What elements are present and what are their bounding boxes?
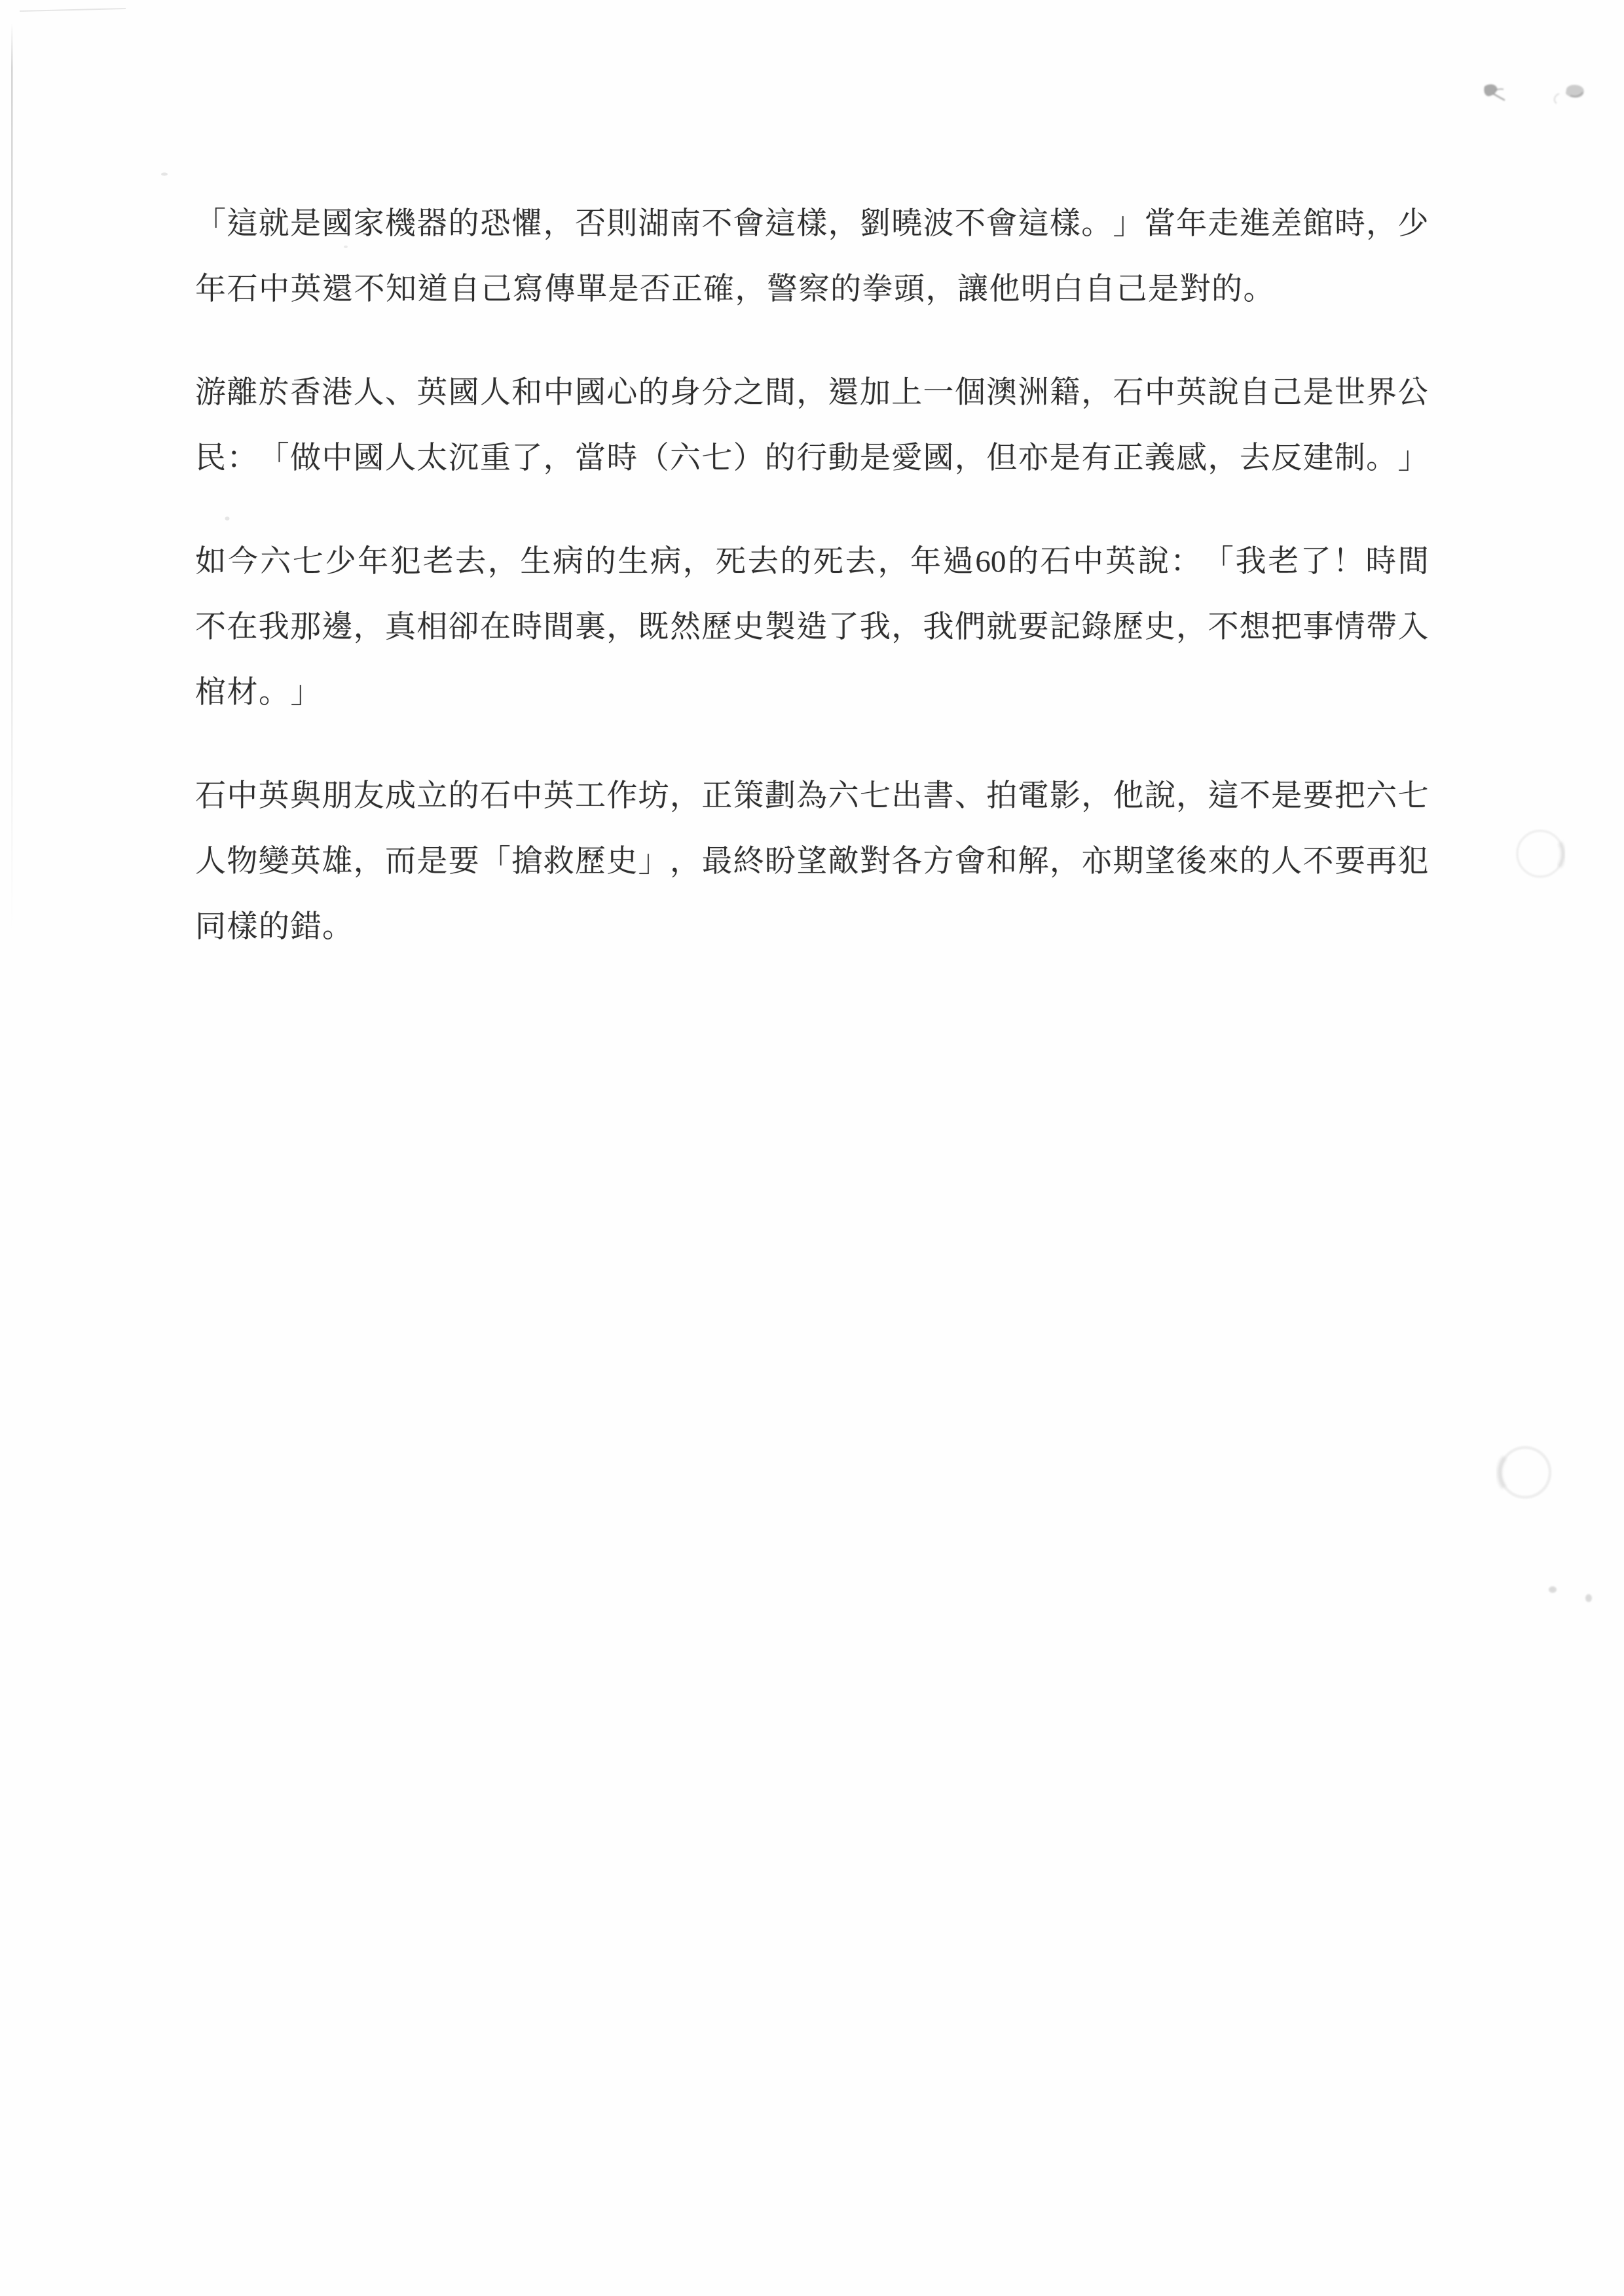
glyph: 我: [860, 612, 891, 643]
glyph: 既: [638, 612, 669, 643]
glyph: 不: [354, 274, 385, 305]
glyph: 物: [227, 847, 257, 877]
text-line: 同樣的錯。: [195, 894, 1429, 960]
glyph: 於: [259, 378, 289, 409]
glyph: ，: [796, 378, 827, 409]
glyph: 」: [291, 678, 322, 708]
text-line: 年石中英還不知道自己寫傳單是否正確，警察的拳頭，讓他明白自己是對的。: [195, 257, 1429, 322]
glyph: 是: [1271, 781, 1302, 812]
glyph: 記: [1050, 612, 1080, 643]
text-line: 不在我那邊，真相卻在時間裏，既然歷史製造了我，我們就要記錄歷史，不想把事情帶入: [195, 594, 1429, 660]
glyph: 的: [830, 274, 861, 305]
glyph: 老: [1268, 547, 1299, 577]
glyph: 了: [828, 612, 859, 643]
glyph: 還: [322, 274, 353, 305]
glyph: 亦: [1081, 847, 1112, 877]
glyph: 還: [828, 378, 859, 409]
glyph: 我: [1236, 547, 1266, 577]
glyph: 年: [1176, 209, 1207, 240]
glyph: 他: [1113, 781, 1144, 812]
glyph: 七: [293, 547, 323, 577]
glyph: 搶: [511, 847, 542, 877]
glyph: 波: [923, 209, 954, 240]
glyph: 少: [325, 547, 356, 577]
glyph: 中: [511, 781, 542, 812]
glyph: 把: [1335, 781, 1365, 812]
glyph: 澳: [986, 378, 1017, 409]
glyph: 和: [511, 378, 542, 409]
text-line: 民：「做中國人太沉重了，當時（六七）的行動是愛國，但亦是有正義感，去反建制。」: [195, 426, 1429, 491]
glyph: ，: [544, 209, 574, 240]
glyph: 方: [923, 847, 954, 877]
glyph: 同: [195, 912, 226, 943]
glyph: ，: [683, 547, 714, 577]
glyph: 六: [828, 781, 859, 812]
glyph: 」: [1397, 443, 1428, 474]
glyph: 出: [891, 781, 922, 812]
glyph: 制: [1335, 443, 1365, 474]
glyph: 自: [449, 274, 480, 305]
glyph: 正: [672, 274, 703, 305]
glyph: 這: [227, 209, 257, 240]
glyph: 的: [449, 209, 479, 240]
glyph: 那: [290, 612, 321, 643]
glyph: 石: [195, 781, 226, 812]
glyph: 七: [701, 443, 732, 474]
glyph: 而: [385, 847, 416, 877]
glyph: 單: [576, 274, 607, 305]
glyph: 世: [1335, 378, 1365, 409]
glyph: 身: [670, 378, 701, 409]
glyph: 死: [813, 547, 843, 577]
glyph: 中: [322, 443, 352, 474]
glyph: ，: [1176, 781, 1207, 812]
glyph: 不: [1302, 847, 1333, 877]
glyph: 」: [1113, 209, 1144, 240]
glyph: 英: [290, 847, 321, 877]
glyph: 死: [715, 547, 746, 577]
glyph: 間: [765, 378, 796, 409]
glyph: 國: [923, 443, 954, 474]
glyph: 友: [354, 781, 384, 812]
glyph: 否: [575, 209, 606, 240]
glyph: 自: [1084, 274, 1115, 305]
glyph: 立: [416, 781, 447, 812]
glyph: 的: [781, 547, 811, 577]
text-line: 「這就是國家機器的恐懼，否則湖南不會這樣，劉曉波不會這樣。」當年走進差館時，少: [195, 191, 1429, 257]
glyph: 差: [1271, 209, 1302, 240]
glyph: 傳: [545, 274, 576, 305]
glyph: 人: [480, 378, 511, 409]
glyph: 他: [989, 274, 1020, 305]
glyph: 當: [575, 443, 606, 474]
glyph: 。: [259, 678, 289, 708]
glyph: 走: [1208, 209, 1239, 240]
glyph: 察: [799, 274, 830, 305]
glyph: 史: [733, 612, 764, 643]
glyph: 卻: [449, 612, 479, 643]
glyph: ，: [1050, 847, 1080, 877]
glyph: 己: [481, 274, 512, 305]
glyph: 我: [259, 612, 289, 643]
glyph: 英: [291, 274, 322, 305]
glyph: 英: [1105, 547, 1136, 577]
glyph: 今: [228, 547, 259, 577]
glyph: 會: [733, 209, 764, 240]
glyph: 動: [828, 443, 859, 474]
glyph: 警: [767, 274, 798, 305]
glyph: 時: [606, 443, 637, 474]
glyph: 石: [1113, 378, 1144, 409]
glyph: 錯: [291, 912, 322, 943]
glyph: 六: [1366, 781, 1397, 812]
glyph: 的: [638, 378, 669, 409]
glyph: 但: [986, 443, 1017, 474]
glyph: 朋: [322, 781, 352, 812]
glyph: 英: [1176, 378, 1207, 409]
scan-speck: [1549, 1586, 1557, 1593]
glyph: 加: [860, 378, 891, 409]
glyph: 。: [1366, 443, 1397, 474]
glyph: 七: [1397, 781, 1428, 812]
glyph: 之: [733, 378, 764, 409]
glyph: ，: [955, 443, 986, 474]
glyph: 一: [923, 378, 954, 409]
glyph: 入: [1397, 612, 1428, 643]
glyph: 作: [606, 781, 637, 812]
glyph: 與: [290, 781, 321, 812]
glyph: 的: [449, 781, 479, 812]
glyph: 道: [418, 274, 449, 305]
punch-hole-shadow-2: [1500, 1448, 1550, 1497]
glyph: 否: [640, 274, 671, 305]
glyph: 分: [701, 378, 732, 409]
glyph: 樣: [1050, 209, 1080, 240]
glyph: 要: [1018, 612, 1049, 643]
glyph: 生: [618, 547, 648, 577]
glyph: 時: [1335, 209, 1365, 240]
text-line: 石中英與朋友成立的石中英工作坊，正策劃為六七出書、拍電影，他說，這不是要把六七: [195, 763, 1429, 829]
glyph: 反: [1271, 443, 1302, 474]
glyph: 策: [733, 781, 764, 812]
glyph: 救: [544, 847, 574, 877]
glyph: 心: [606, 378, 637, 409]
glyph: 間: [544, 612, 574, 643]
glyph: 樣: [227, 912, 258, 943]
glyph: 。: [1244, 274, 1274, 305]
glyph: 和: [986, 847, 1017, 877]
glyph: 望: [796, 847, 827, 877]
glyph: 石: [480, 781, 511, 812]
glyph: 棺: [195, 678, 226, 708]
glyph: 游: [195, 378, 226, 409]
glyph: 石: [1041, 547, 1071, 577]
glyph: 了: [1301, 547, 1331, 577]
glyph: 書: [923, 781, 954, 812]
glyph: ！: [1333, 547, 1363, 577]
glyph: 「: [1203, 547, 1234, 577]
glyph: 機: [385, 209, 416, 240]
article-text: 「這就是國家機器的恐懼，否則湖南不會這樣，劉曉波不會這樣。」當年走進差館時，少年…: [195, 191, 1429, 960]
glyph: 這: [1018, 209, 1049, 240]
glyph: 就: [986, 612, 1017, 643]
glyph: 界: [1366, 378, 1397, 409]
glyph: 要: [449, 847, 479, 877]
glyph: ，: [828, 209, 859, 240]
glyph: 正: [1113, 443, 1144, 474]
glyph: 重: [480, 443, 511, 474]
glyph: 間: [1398, 547, 1429, 577]
glyph: 錄: [1081, 612, 1112, 643]
glyph: ，: [1081, 378, 1112, 409]
glyph: 是: [608, 274, 639, 305]
glyph: 變: [259, 847, 289, 877]
glyph: 寫: [513, 274, 544, 305]
glyph: 期: [1113, 847, 1144, 877]
glyph: 「: [195, 209, 226, 240]
glyph: 這: [765, 209, 796, 240]
glyph: 解: [1018, 847, 1049, 877]
glyph: ，: [354, 612, 384, 643]
glyph: 中: [1073, 547, 1103, 577]
glyph: 不: [1208, 612, 1239, 643]
glyph: 會: [955, 847, 986, 877]
glyph: 的: [585, 547, 616, 577]
glyph: 為: [796, 781, 827, 812]
glyph: 拍: [986, 781, 1017, 812]
glyph: 說: [1145, 781, 1175, 812]
glyph: ，: [1081, 781, 1112, 812]
glyph: 工: [575, 781, 606, 812]
glyph: 去: [748, 547, 779, 577]
glyph: 石: [227, 274, 258, 305]
glyph: 過: [943, 547, 974, 577]
glyph: 七: [860, 781, 891, 812]
glyph: 恐: [480, 209, 511, 240]
glyph: 拳: [862, 274, 893, 305]
glyph: 說: [1208, 378, 1239, 409]
glyph: 年: [358, 547, 388, 577]
glyph: （: [638, 443, 669, 474]
glyph: 離: [227, 378, 257, 409]
glyph: 不: [195, 612, 226, 643]
glyph: 老: [422, 547, 453, 577]
glyph: 病: [553, 547, 583, 577]
glyph: ，: [670, 847, 701, 877]
glyph: 個: [955, 378, 986, 409]
glyph: 正: [701, 781, 732, 812]
glyph: 不: [955, 209, 986, 240]
glyph: 相: [416, 612, 447, 643]
glyph: 然: [670, 612, 701, 643]
glyph: ，: [606, 612, 637, 643]
glyph: 電: [1018, 781, 1049, 812]
glyph: 明: [1021, 274, 1052, 305]
glyph: ）: [733, 443, 764, 474]
glyph: 自: [1240, 378, 1270, 409]
glyph: 成: [385, 781, 416, 812]
glyph: 樣: [796, 209, 827, 240]
glyph: 六: [260, 547, 291, 577]
scanned-page: 「這就是國家機器的恐懼，否則湖南不會這樣，劉曉波不會這樣。」當年走進差館時，少年…: [0, 0, 1624, 2296]
glyph: 生: [520, 547, 551, 577]
glyph: 感: [1176, 443, 1207, 474]
glyph: 們: [955, 612, 986, 643]
punch-hole-shadow-1: [1517, 831, 1563, 877]
glyph: 歷: [1113, 612, 1144, 643]
glyph: 不: [1240, 781, 1270, 812]
scan-top-edge-shadow: [20, 9, 126, 11]
glyph: 就: [259, 209, 289, 240]
glyph: 人: [354, 378, 384, 409]
glyph: 年: [910, 547, 941, 577]
glyph: ：: [1170, 547, 1201, 577]
glyph: 民: [195, 443, 226, 474]
glyph: 雄: [322, 847, 352, 877]
scan-speck: [161, 173, 168, 176]
glyph: 進: [1240, 209, 1270, 240]
glyph: 中: [1145, 378, 1175, 409]
glyph: ，: [354, 847, 384, 877]
pencil-mark-smudge: [1566, 85, 1584, 98]
glyph: 建: [1302, 443, 1333, 474]
glyph: ，: [735, 274, 766, 305]
glyph: 後: [1176, 847, 1207, 877]
glyph: 把: [1271, 612, 1302, 643]
glyph: 的: [1240, 847, 1270, 877]
glyph: 去: [455, 547, 486, 577]
glyph: 則: [606, 209, 637, 240]
glyph: 館: [1302, 209, 1333, 240]
glyph: 真: [385, 612, 416, 643]
glyph: ，: [544, 443, 574, 474]
glyph: 。: [322, 912, 353, 943]
glyph: 國: [575, 378, 606, 409]
paragraph-1: 「這就是國家機器的恐懼，否則湖南不會這樣，劉曉波不會這樣。」當年走進差館時，少年…: [195, 191, 1429, 322]
glyph: 白: [1053, 274, 1084, 305]
glyph: 劃: [765, 781, 796, 812]
glyph: 帶: [1366, 612, 1397, 643]
glyph: 如: [195, 547, 226, 577]
glyph: 「: [480, 847, 511, 877]
glyph: 國: [449, 378, 479, 409]
glyph: 對: [1180, 274, 1211, 305]
glyph: 太: [416, 443, 447, 474]
glyph: 中: [259, 274, 289, 305]
glyph: 是: [290, 209, 321, 240]
glyph: 有: [1081, 443, 1112, 474]
glyph: 己: [1271, 378, 1302, 409]
glyph: 史: [606, 847, 637, 877]
glyph: ，: [1176, 612, 1207, 643]
glyph: 、: [955, 781, 986, 812]
glyph: 亦: [1018, 443, 1049, 474]
glyph: 六: [670, 443, 701, 474]
glyph: 人: [195, 847, 226, 877]
glyph: 歷: [575, 847, 606, 877]
glyph: 材: [227, 678, 258, 708]
glyph: 當: [1145, 209, 1175, 240]
glyph: 要: [1335, 847, 1365, 877]
glyph: 英: [416, 378, 447, 409]
glyph: 頭: [894, 274, 925, 305]
glyph: 不: [701, 209, 732, 240]
glyph: ，: [926, 274, 957, 305]
glyph: 裏: [575, 612, 606, 643]
glyph: 香: [290, 378, 321, 409]
glyph: 」: [638, 847, 669, 877]
glyph: 少: [1397, 209, 1428, 240]
glyph: 是: [1302, 378, 1333, 409]
glyph: 去: [1240, 443, 1270, 474]
glyph: 事: [1302, 612, 1333, 643]
glyph: 去: [845, 547, 876, 577]
glyph: 己: [1116, 274, 1147, 305]
glyph: 人: [385, 443, 416, 474]
glyph: 器: [416, 209, 447, 240]
glyph: 是: [1050, 443, 1080, 474]
glyph: 懼: [511, 209, 542, 240]
glyph: 是: [1148, 274, 1179, 305]
glyph: 愛: [891, 443, 922, 474]
glyph: 是: [416, 847, 447, 877]
paragraph-2: 游離於香港人、英國人和中國心的身分之間，還加上一個澳洲籍，石中英說自己是世界公民…: [195, 360, 1429, 491]
glyph: 籍: [1050, 378, 1080, 409]
scan-left-edge-shadow: [11, 23, 13, 939]
paragraph-4: 石中英與朋友成立的石中英工作坊，正策劃為六七出書、拍電影，他說，這不是要把六七人…: [195, 763, 1429, 960]
glyph: 義: [1145, 443, 1175, 474]
glyph: 想: [1240, 612, 1270, 643]
glyph: 行: [796, 443, 827, 474]
scan-speck: [1585, 1594, 1592, 1602]
glyph: 中: [544, 378, 574, 409]
glyph: ，: [1208, 443, 1239, 474]
glyph: 英: [544, 781, 574, 812]
glyph: 影: [1050, 781, 1080, 812]
glyph: 各: [891, 847, 922, 877]
glyph: 做: [290, 443, 321, 474]
text-line: 游離於香港人、英國人和中國心的身分之間，還加上一個澳洲籍，石中英說自己是世界公: [195, 360, 1429, 426]
glyph: 望: [1145, 847, 1175, 877]
glyph: 盼: [765, 847, 796, 877]
glyph: 情: [1335, 612, 1365, 643]
glyph: 讓: [957, 274, 988, 305]
glyph: 敵: [828, 847, 859, 877]
glyph: 邊: [322, 612, 352, 643]
glyph: ，: [488, 547, 519, 577]
glyph: 國: [354, 443, 384, 474]
glyph: 在: [227, 612, 257, 643]
glyph: 曉: [891, 209, 922, 240]
pencil-mark-curl: [1555, 94, 1559, 103]
glyph: 「: [259, 443, 289, 474]
glyph: 來: [1208, 847, 1239, 877]
glyph: 60: [975, 547, 1006, 577]
glyph: 這: [1208, 781, 1239, 812]
glyph: 我: [923, 612, 954, 643]
glyph: 是: [860, 443, 891, 474]
glyph: 洲: [1018, 378, 1049, 409]
glyph: 南: [670, 209, 701, 240]
glyph: 坊: [638, 781, 669, 812]
glyph: 劉: [860, 209, 891, 240]
glyph: 的: [765, 443, 796, 474]
glyph: 對: [860, 847, 891, 877]
glyph: 國: [322, 209, 352, 240]
glyph: 歷: [701, 612, 732, 643]
glyph: 的: [259, 912, 289, 943]
glyph: 再: [1366, 847, 1397, 877]
